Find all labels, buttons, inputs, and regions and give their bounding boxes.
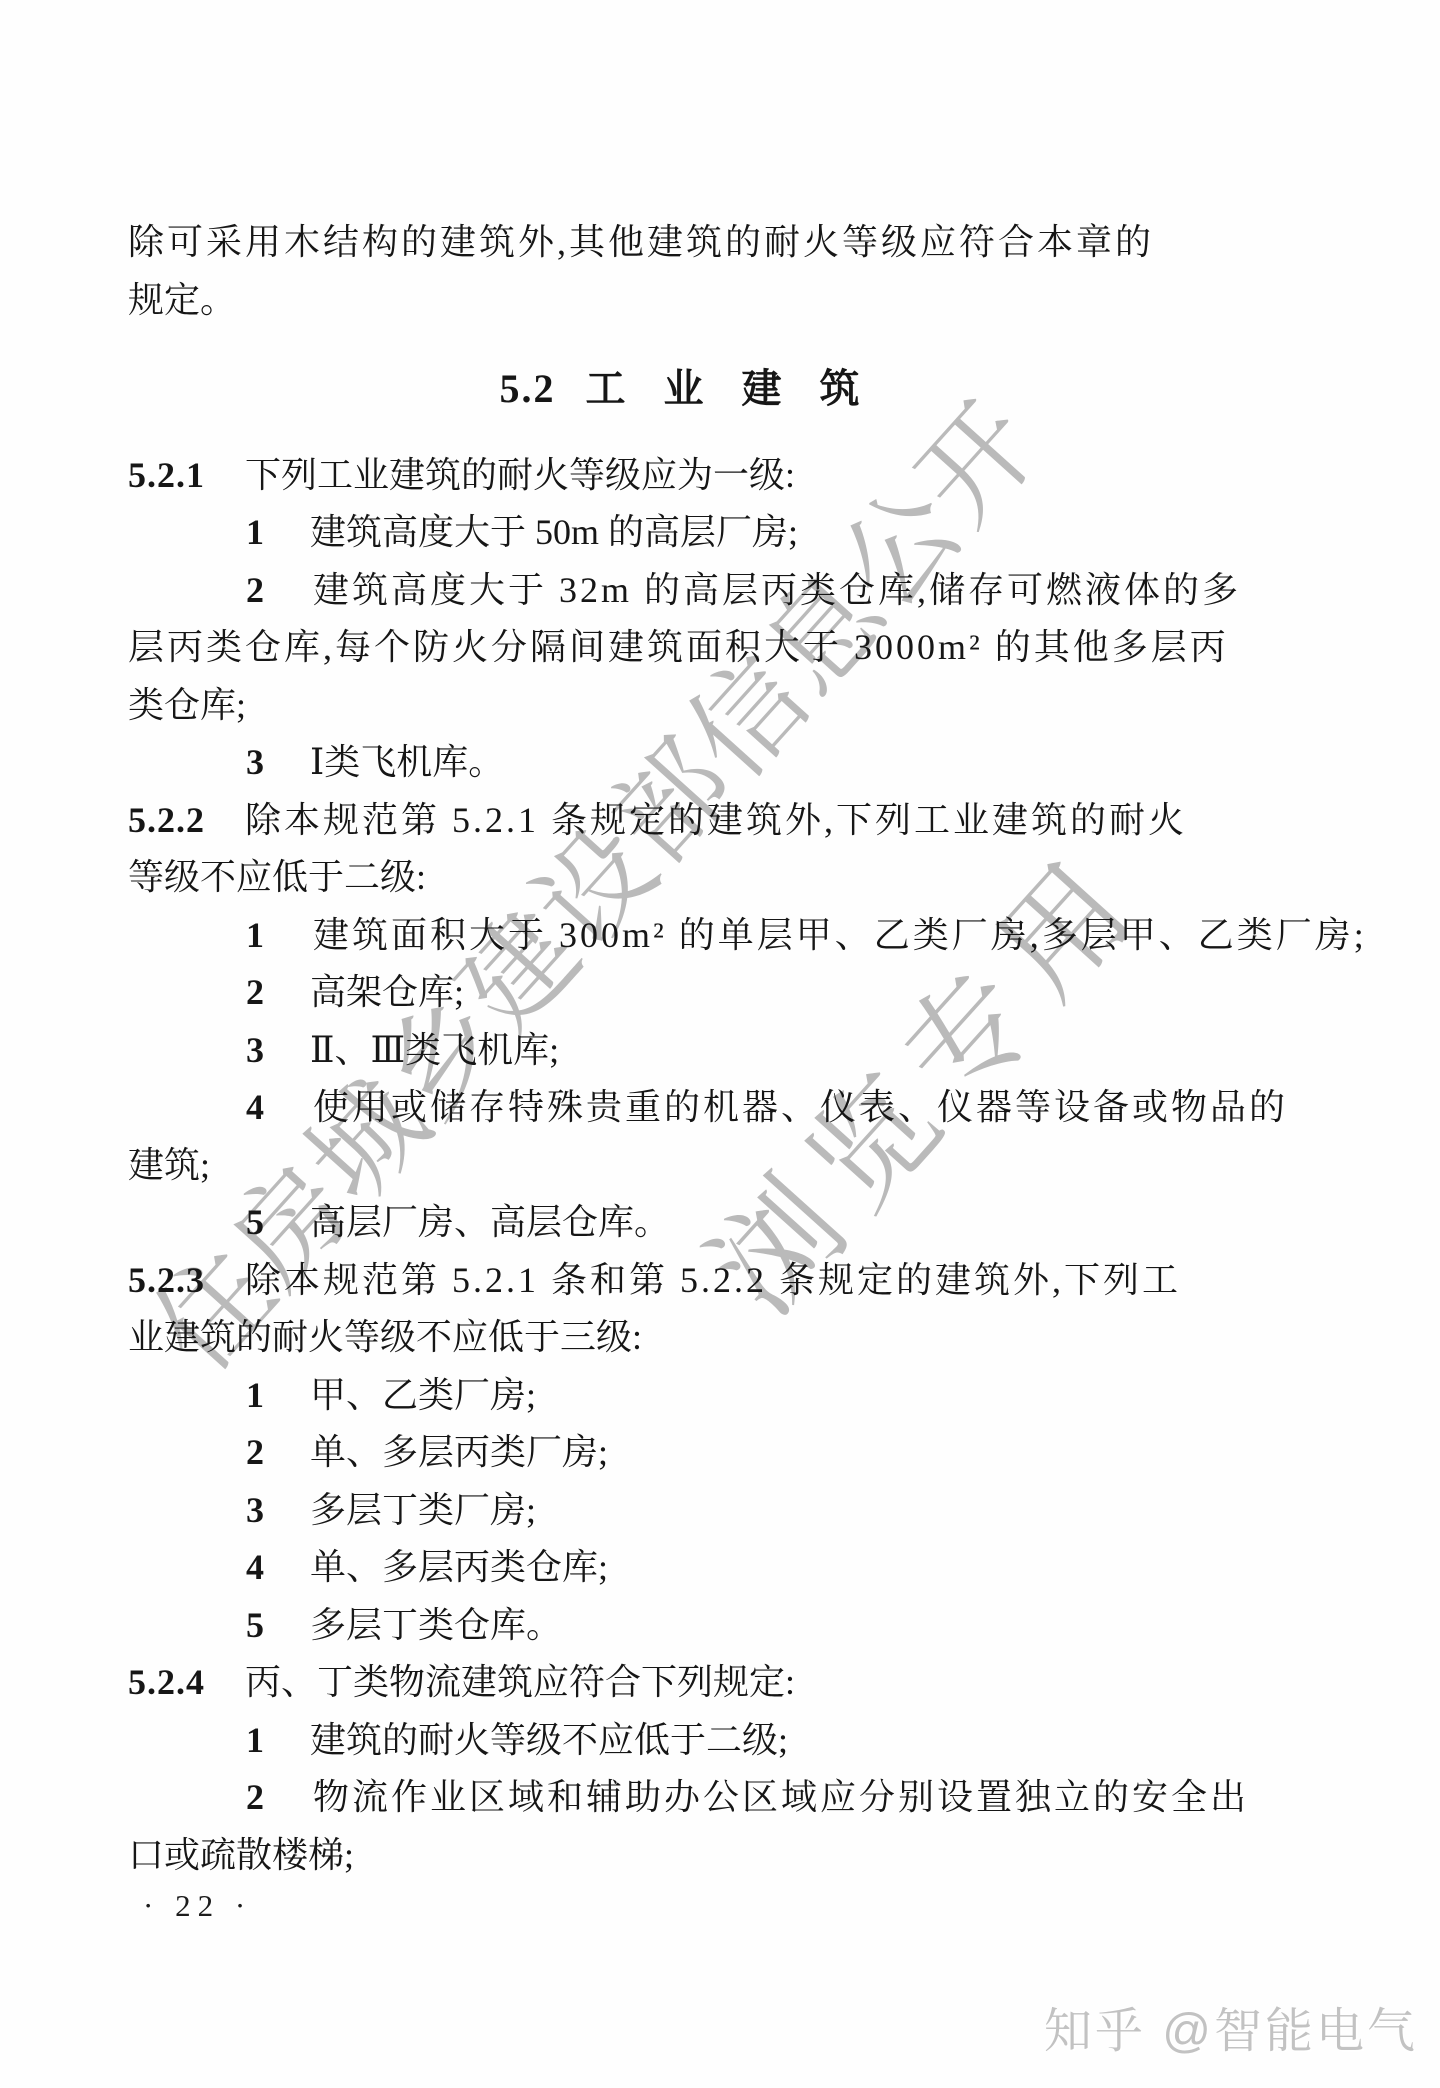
list-item-line: 4使用或储存特殊贵重的机器、仪表、仪器等设备或物品的 (128, 1079, 1245, 1137)
line-text: 等级不应低于二级: (128, 857, 426, 897)
line-text: 建筑; (128, 1145, 210, 1185)
list-item-line: 5高层厂房、高层仓库。 (128, 1194, 1245, 1252)
list-item-line: 1建筑高度大于 50m 的高层厂房; (128, 504, 1245, 562)
line-text: 下列工业建筑的耐火等级应为一级: (245, 455, 795, 495)
list-item-line: 3Ⅰ类飞机库。 (128, 734, 1245, 792)
line-text: 多层丁类厂房; (310, 1490, 536, 1530)
line-text: 类仓库; (128, 685, 246, 725)
item-number: 1 (246, 512, 264, 552)
list-item-line: 4单、多层丙类仓库; (128, 1539, 1245, 1597)
item-number: 1 (246, 1720, 264, 1760)
line-text: 建筑面积大于 300m² 的单层甲、乙类厂房,多层甲、乙类厂房; (313, 915, 1367, 955)
line-text: 建筑的耐火等级不应低于二级; (310, 1720, 788, 1760)
page-number: · 22 · (143, 1888, 252, 1924)
line-text: 除本规范第 5.2.1 条规定的建筑外,下列工业建筑的耐火 (245, 800, 1187, 840)
list-item-line: 1建筑面积大于 300m² 的单层甲、乙类厂房,多层甲、乙类厂房; (128, 907, 1245, 965)
clause-number: 5.2.2 (128, 800, 205, 840)
item-number: 5 (246, 1605, 264, 1645)
line-text: 使用或储存特殊贵重的机器、仪表、仪器等设备或物品的 (313, 1087, 1288, 1127)
line-text: 层丙类仓库,每个防火分隔间建筑面积大于 3000m² 的其他多层丙 (128, 627, 1229, 667)
item-number: 2 (246, 570, 267, 610)
clause-line: 5.2.2除本规范第 5.2.1 条规定的建筑外,下列工业建筑的耐火 (128, 792, 1245, 850)
clause-number: 5.2.3 (128, 1260, 205, 1300)
line-text: 除本规范第 5.2.1 条和第 5.2.2 条规定的建筑外,下列工 (245, 1260, 1181, 1300)
item-number: 2 (246, 1777, 267, 1817)
document-page: 住房城乡建设部信息公开 浏览专用 除可采用木结构的建筑外,其他建筑的耐火等级应符… (0, 0, 1440, 2088)
line-text: 丙、丁类物流建筑应符合下列规定: (245, 1662, 795, 1702)
line-text: Ⅰ类飞机库。 (310, 742, 504, 782)
line-text: 业建筑的耐火等级不应低于三级: (128, 1317, 642, 1357)
list-item-line: 1甲、乙类厂房; (128, 1367, 1245, 1425)
list-item-line: 2建筑高度大于 32m 的高层丙类仓库,储存可燃液体的多 (128, 562, 1245, 620)
line-text: 甲、乙类厂房; (310, 1375, 536, 1415)
line-text: 口或疏散楼梯; (128, 1835, 354, 1875)
list-item-line: 2物流作业区域和辅助办公区域应分别设置独立的安全出 (128, 1769, 1245, 1827)
item-number: 5 (246, 1202, 264, 1242)
list-item-line: 3多层丁类厂房; (128, 1482, 1245, 1540)
item-number: 2 (246, 972, 264, 1012)
clause-line: 5.2.4丙、丁类物流建筑应符合下列规定: (128, 1654, 1245, 1712)
item-number: 3 (246, 742, 264, 782)
section-heading: 5.2工 业 建 筑 (128, 360, 1245, 418)
line-text: 单、多层丙类仓库; (310, 1547, 608, 1587)
item-number: 4 (246, 1547, 264, 1587)
clause-number: 5.2.4 (128, 1662, 205, 1702)
list-item-line: 2单、多层丙类厂房; (128, 1424, 1245, 1482)
line-text: 物流作业区域和辅助办公区域应分别设置独立的安全出 (313, 1777, 1249, 1817)
line-text: 高层厂房、高层仓库。 (310, 1202, 670, 1242)
line-text: 规定。 (128, 280, 236, 320)
text-line: 规定。 (128, 272, 1245, 330)
zhihu-brand-watermark: 知乎 @智能电气 (1044, 1992, 1418, 2061)
list-item-line: 5多层丁类仓库。 (128, 1597, 1245, 1655)
clause-line: 5.2.1下列工业建筑的耐火等级应为一级: (128, 447, 1245, 505)
text-line: 业建筑的耐火等级不应低于三级: (128, 1309, 1245, 1367)
item-number: 1 (246, 915, 267, 955)
list-item-line: 2高架仓库; (128, 964, 1245, 1022)
line-text: 除可采用木结构的建筑外,其他建筑的耐火等级应符合本章的 (128, 222, 1154, 262)
text-line: 层丙类仓库,每个防火分隔间建筑面积大于 3000m² 的其他多层丙 (128, 619, 1245, 677)
line-text: 建筑高度大于 32m 的高层丙类仓库,储存可燃液体的多 (313, 570, 1241, 610)
text-line: 建筑; (128, 1137, 1245, 1195)
clause-number: 5.2.1 (128, 455, 205, 495)
line-text: 单、多层丙类厂房; (310, 1432, 608, 1472)
heading-number: 5.2 (500, 366, 556, 411)
text-line: 等级不应低于二级: (128, 849, 1245, 907)
clause-line: 5.2.3除本规范第 5.2.1 条和第 5.2.2 条规定的建筑外,下列工 (128, 1252, 1245, 1310)
list-item-line: 3Ⅱ、Ⅲ类飞机库; (128, 1022, 1245, 1080)
line-text: 高架仓库; (310, 972, 464, 1012)
text-line: 除可采用木结构的建筑外,其他建筑的耐火等级应符合本章的 (128, 214, 1245, 272)
item-number: 4 (246, 1087, 267, 1127)
document-content: 除可采用木结构的建筑外,其他建筑的耐火等级应符合本章的规定。5.2工 业 建 筑… (128, 214, 1245, 1884)
text-line: 类仓库; (128, 677, 1245, 735)
line-text: Ⅱ、Ⅲ类飞机库; (310, 1030, 559, 1070)
item-number: 3 (246, 1030, 264, 1070)
item-number: 1 (246, 1375, 264, 1415)
text-line: 口或疏散楼梯; (128, 1827, 1245, 1885)
list-item-line: 1建筑的耐火等级不应低于二级; (128, 1712, 1245, 1770)
line-text: 多层丁类仓库。 (310, 1605, 562, 1645)
item-number: 3 (246, 1490, 264, 1530)
item-number: 2 (246, 1432, 264, 1472)
heading-title: 工 业 建 筑 (586, 366, 874, 411)
line-text: 建筑高度大于 50m 的高层厂房; (310, 512, 798, 552)
